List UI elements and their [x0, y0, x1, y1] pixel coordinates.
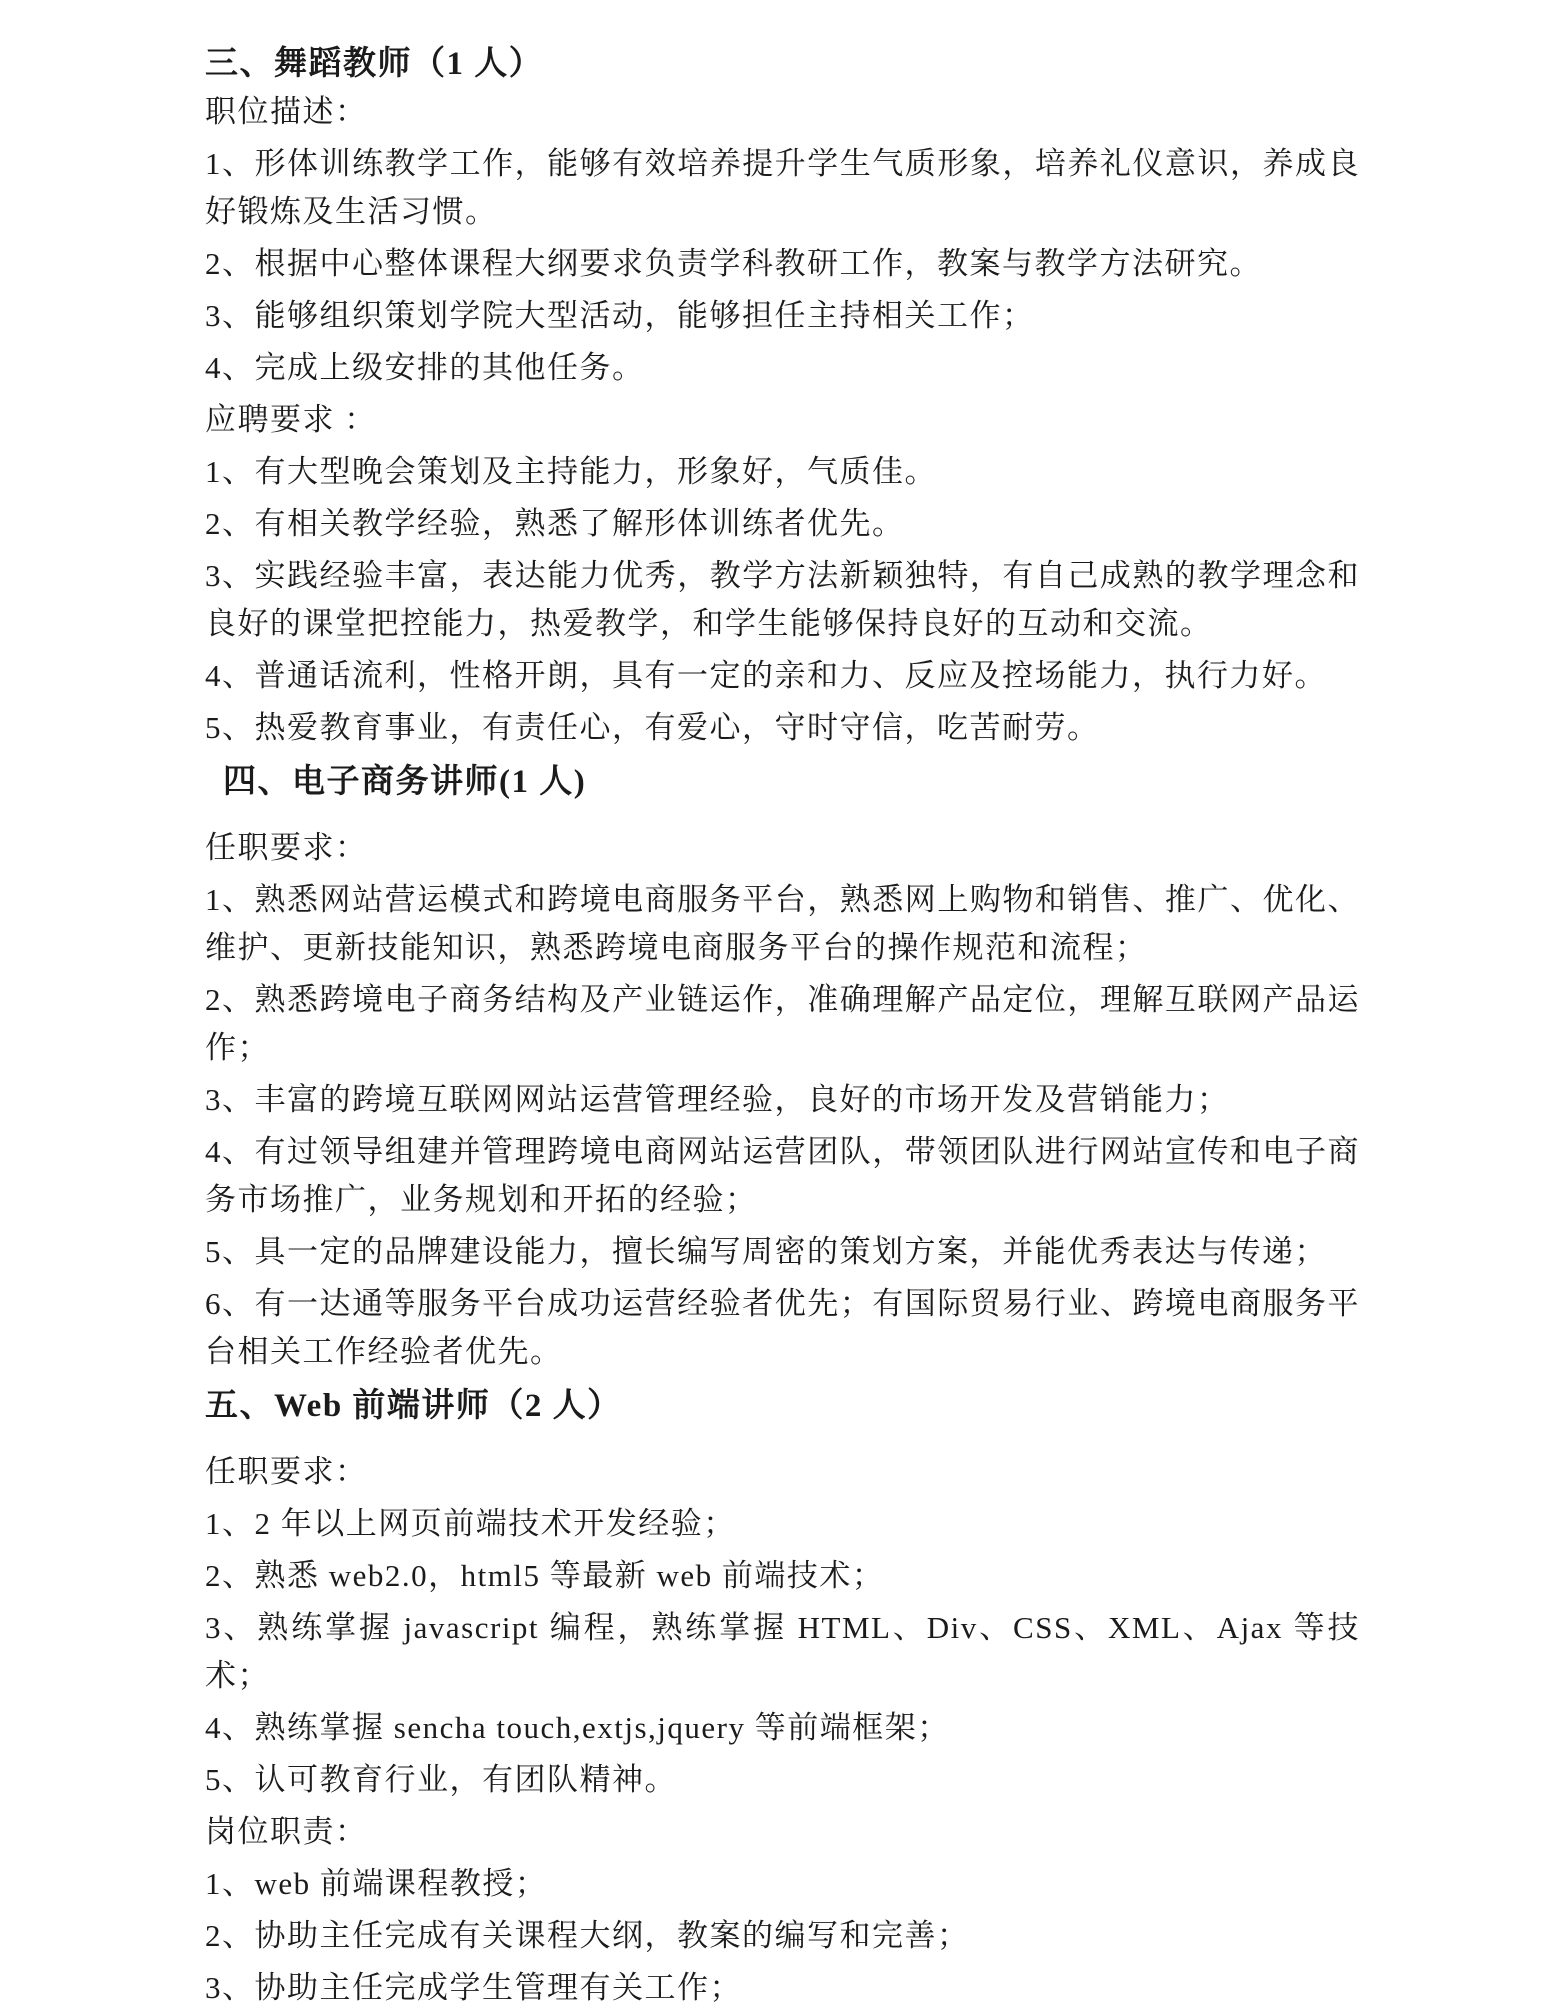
list-item: 1、有大型晚会策划及主持能力，形象好，气质佳。	[205, 448, 1360, 496]
list-item: 1、形体训练教学工作，能够有效培养提升学生气质形象，培养礼仪意识，养成良好锻炼及…	[205, 140, 1360, 236]
document-body: 三、舞蹈教师（1 人）职位描述：1、形体训练教学工作，能够有效培养提升学生气质形…	[205, 42, 1360, 2008]
list-item: 2、熟悉 web2.0，html5 等最新 web 前端技术；	[205, 1552, 1360, 1600]
list-item: 3、能够组织策划学院大型活动，能够担任主持相关工作；	[205, 292, 1360, 340]
section-heading-dance-teacher: 三、舞蹈教师（1 人）	[205, 42, 1360, 86]
list-item: 1、web 前端课程教授；	[205, 1860, 1360, 1908]
list-item: 4、熟练掌握 sencha touch,extjs,jquery 等前端框架；	[205, 1704, 1360, 1752]
field-label: 应聘要求 ：	[205, 396, 1360, 444]
list-item: 4、完成上级安排的其他任务。	[205, 344, 1360, 392]
field-label: 岗位职责：	[205, 1808, 1360, 1856]
job-section-dance-teacher: 三、舞蹈教师（1 人）职位描述：1、形体训练教学工作，能够有效培养提升学生气质形…	[205, 42, 1360, 752]
job-section-ecommerce-lecturer: 四、电子商务讲师(1 人)任职要求：1、熟悉网站营运模式和跨境电商服务平台，熟悉…	[205, 760, 1360, 1376]
list-item: 4、有过领导组建并管理跨境电商网站运营团队，带领团队进行网站宣传和电子商务市场推…	[205, 1128, 1360, 1224]
document-page: 三、舞蹈教师（1 人）职位描述：1、形体训练教学工作，能够有效培养提升学生气质形…	[0, 0, 1557, 2008]
list-item: 1、熟悉网站营运模式和跨境电商服务平台，熟悉网上购物和销售、推广、优化、维护、更…	[205, 876, 1360, 972]
job-section-web-frontend-lecturer: 五、Web 前端讲师（2 人）任职要求：1、2 年以上网页前端技术开发经验；2、…	[205, 1384, 1360, 2008]
list-item: 3、实践经验丰富，表达能力优秀，教学方法新颖独特，有自己成熟的教学理念和良好的课…	[205, 552, 1360, 648]
list-item: 2、协助主任完成有关课程大纲，教案的编写和完善；	[205, 1912, 1360, 1960]
list-item: 5、热爱教育事业，有责任心，有爱心，守时守信，吃苦耐劳。	[205, 704, 1360, 752]
list-item: 2、有相关教学经验，熟悉了解形体训练者优先。	[205, 500, 1360, 548]
section-heading-ecommerce-lecturer: 四、电子商务讲师(1 人)	[205, 760, 1360, 804]
list-item: 3、熟练掌握 javascript 编程，熟练掌握 HTML、Div、CSS、X…	[205, 1604, 1360, 1700]
list-item: 2、根据中心整体课程大纲要求负责学科教研工作，教案与教学方法研究。	[205, 240, 1360, 288]
list-item: 4、普通话流利，性格开朗，具有一定的亲和力、反应及控场能力，执行力好。	[205, 652, 1360, 700]
field-label: 任职要求：	[205, 824, 1360, 872]
list-item: 1、2 年以上网页前端技术开发经验；	[205, 1500, 1360, 1548]
list-item: 5、具一定的品牌建设能力，擅长编写周密的策划方案，并能优秀表达与传递；	[205, 1228, 1360, 1276]
list-item: 3、丰富的跨境互联网网站运营管理经验，良好的市场开发及营销能力；	[205, 1076, 1360, 1124]
list-item: 3、协助主任完成学生管理有关工作；	[205, 1964, 1360, 2008]
field-label: 任职要求：	[205, 1448, 1360, 1496]
list-item: 2、熟悉跨境电子商务结构及产业链运作，准确理解产品定位，理解互联网产品运作；	[205, 976, 1360, 1072]
field-label: 职位描述：	[205, 88, 1360, 136]
list-item: 5、认可教育行业，有团队精神。	[205, 1756, 1360, 1804]
section-heading-web-frontend-lecturer: 五、Web 前端讲师（2 人）	[205, 1384, 1360, 1428]
list-item: 6、有一达通等服务平台成功运营经验者优先；有国际贸易行业、跨境电商服务平台相关工…	[205, 1280, 1360, 1376]
